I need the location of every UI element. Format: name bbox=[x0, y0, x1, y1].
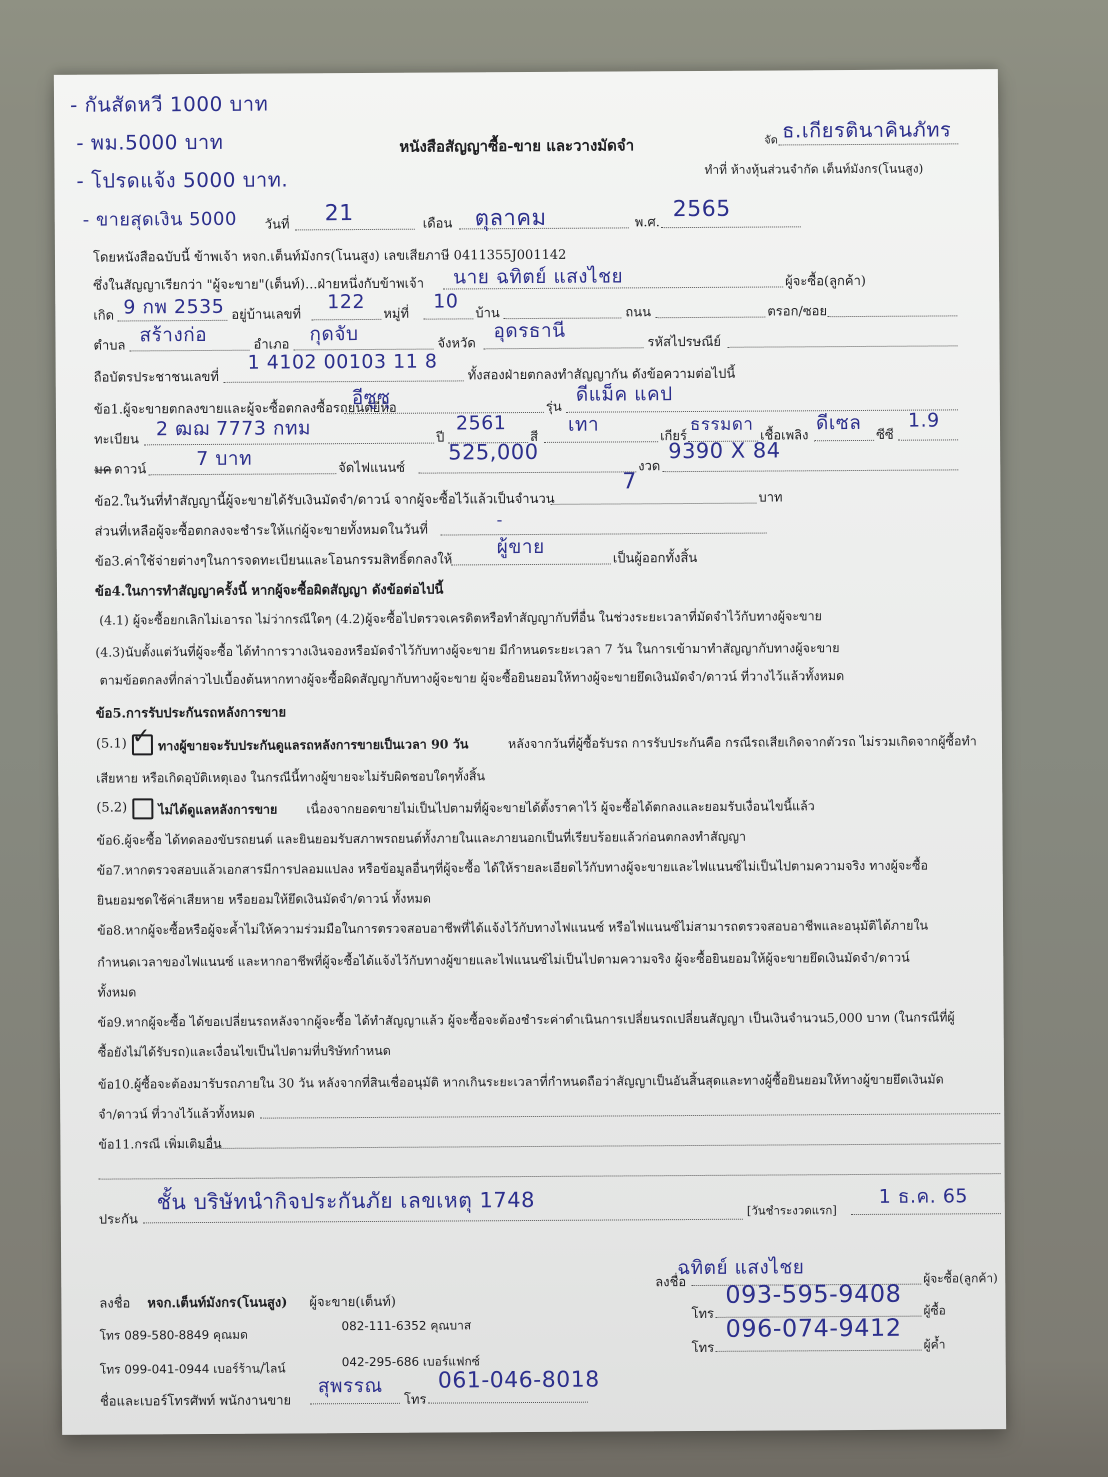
option-5-1-label: (5.1) bbox=[96, 736, 127, 751]
clause-3: ข้อ3.ค่าใช้จ่ายต่างๆในการจดทะเบียนและโอน… bbox=[95, 548, 453, 571]
buyer-signature: ฉทิตย์ แสงไชย bbox=[677, 1252, 804, 1283]
note-3: - โปรดแจ้ง 5000 บาท. bbox=[76, 163, 288, 196]
car-brand: อีซูซุ bbox=[352, 383, 391, 413]
clause-4-title: ข้อ4.ในการทำสัญญาครั้งนี้ หากผู้จะซื้อผิ… bbox=[95, 579, 443, 602]
clause-8b: กำหนดเวลาของไฟแนนซ์ และหากอาชีพที่ผู้จะซ… bbox=[97, 948, 910, 973]
clause-10: ข้อ10.ผู้ซื้อจะต้องมารับรถภายใน 30 วัน ห… bbox=[98, 1069, 944, 1094]
guarantor-tel-role: ผู้ค้ำ bbox=[924, 1335, 946, 1354]
option-5-1-bold: ทางผู้ขายจะรับประกันดูแลรถหลังการขายเป็น… bbox=[158, 734, 469, 756]
buyer-name: นาย ฉทิตย์ แสงไชย bbox=[453, 261, 623, 292]
contact-1-extra: 082-111-6352 คุณบาส bbox=[341, 1316, 471, 1336]
installment-label: งวด bbox=[638, 455, 660, 476]
option-5-2-text: เนื่องจากยอดขายไม่เป็นไปตามที่ผู้จะขายได… bbox=[306, 796, 815, 819]
born-label: เกิด bbox=[93, 305, 114, 326]
born-value: 9 กพ 2535 bbox=[123, 292, 224, 323]
contact-1: โทร 089-580-8849 คุณมด bbox=[100, 1326, 248, 1346]
issued-label: จัด bbox=[764, 130, 778, 148]
car-color: เทา bbox=[568, 410, 599, 440]
plate-label: ทะเบียน bbox=[94, 428, 139, 449]
cc-value: 1.9 bbox=[908, 409, 940, 431]
year-label: พ.ศ. bbox=[635, 211, 660, 232]
checkmark-icon: ✓ bbox=[132, 724, 151, 749]
clause-2: ข้อ2.ในวันที่ทำสัญญานี้ผู้จะขายได้รับเงิ… bbox=[94, 488, 554, 512]
clause-2b: ส่วนที่เหลือผู้จะซื้อตกลงจะชำระให้แก่ผู้… bbox=[95, 519, 428, 542]
month-label: เดือน bbox=[423, 212, 453, 233]
car-model: ดีแม็ค แคป bbox=[576, 379, 673, 410]
clause-7b: ยินยอมชดใช้ค่าเสียหาย หรือยอมให้ยึดเงินม… bbox=[97, 889, 431, 911]
guarantor-tel-label: โทร bbox=[692, 1337, 715, 1358]
finance-value: 525,000 bbox=[448, 440, 538, 465]
month-value: ตุลาคม bbox=[475, 200, 547, 235]
note-4: - ขายสุดเงิน 5000 bbox=[83, 204, 237, 234]
note-1: - กันสัดหวี 1000 บาท bbox=[70, 88, 268, 121]
model-label: รุ่น bbox=[546, 396, 562, 417]
gear-value: ธรรมดา bbox=[690, 411, 754, 438]
clause-4-3: (4.3)นับตั้งแต่วันที่ผู้จะซื้อ ได้ทำการว… bbox=[95, 638, 839, 663]
house-label: อยู่บ้านเลขที่ bbox=[231, 303, 301, 324]
place-text: ทำที่ ห้างหุ้นส่วนจำกัด เต็นท์มังกร(โนนส… bbox=[704, 160, 923, 180]
seller-role: ผู้จะขาย(เต็นท์) bbox=[309, 1291, 396, 1313]
first-payment-label: [วันชำระงวดแรก] bbox=[747, 1202, 837, 1221]
clause-7: ข้อ7.หากตรวจสอบแล้วเอกสารมีการปลอมแปลง ห… bbox=[97, 856, 928, 881]
transfer-payer: ผู้ขาย bbox=[497, 532, 545, 562]
clause-8c: ทั้งหมด bbox=[97, 982, 136, 1002]
buyer-tel-label: โทร bbox=[691, 1303, 714, 1324]
option-5-2-label: (5.2) bbox=[96, 800, 127, 815]
guarantor-tel: 096-074-9412 bbox=[725, 1314, 901, 1343]
car-plate: 2 ฒฌ 7773 กทม bbox=[156, 413, 311, 444]
moo-label: หมู่ที่ bbox=[383, 303, 409, 324]
first-payment-date: 1 ธ.ค. 65 bbox=[879, 1181, 968, 1212]
insurance-label: ประกัน bbox=[99, 1208, 138, 1229]
option-5-1-text: หลังจากวันที่ผู้ซื้อรับรถ การรับประกันคื… bbox=[508, 731, 977, 754]
soi-label: ตรอก/ซอย bbox=[767, 300, 827, 321]
clause-5-title: ข้อ5.การรับประกันรถหลังการขาย bbox=[96, 701, 286, 723]
option-5-2-bold: ไม่ได้ดูแลหลังการขาย bbox=[158, 800, 277, 821]
clause-4-1: (4.1) ผู้จะซื้อยกเลิกไม่เอารถ ไม่ว่ากรณี… bbox=[99, 606, 822, 630]
fuel-value: ดีเซล bbox=[816, 408, 862, 438]
contact-2: โทร 099-041-0944 เบอร์ร้าน/ไลน์ bbox=[100, 1360, 286, 1380]
buyer-suffix: ผู้จะซื้อ(ลูกค้า) bbox=[785, 270, 866, 291]
salesperson-label: ชื่อและเบอร์โทรศัพท์ พนักงานขาย bbox=[100, 1389, 291, 1411]
moo-value: 10 bbox=[433, 290, 458, 312]
installment-value: 9390 X 84 bbox=[668, 438, 781, 463]
car-year-label: ปี bbox=[436, 427, 444, 448]
no-warranty-checkbox[interactable] bbox=[132, 798, 153, 819]
id-value: 1 4102 00103 11 8 bbox=[248, 351, 438, 374]
buyer-sign-role: ผู้จะซื้อ(ลูกค้า) bbox=[923, 1269, 998, 1288]
contract-paper: - กันสัดหวี 1000 บาท - พม.5000 บาท - โปร… bbox=[54, 69, 1006, 1435]
subdistrict-label: ตำบล bbox=[93, 334, 125, 355]
deposit-value: 7 bbox=[622, 469, 637, 494]
subdistrict-value: สร้างก่อ bbox=[139, 320, 207, 350]
down-label: ดาวน์ bbox=[114, 458, 146, 479]
cc-label: ซีซี bbox=[876, 424, 894, 445]
seller-name: หจก.เต็นท์มังกร(โนนสูง) bbox=[147, 1291, 287, 1313]
note-2: - พม.5000 บาท bbox=[76, 126, 223, 159]
buyer-tel: 093-595-9408 bbox=[725, 1280, 901, 1309]
deposit-unit: บาท bbox=[758, 486, 782, 507]
salesperson-tel-label: โทร bbox=[404, 1389, 427, 1410]
date-value: 21 bbox=[325, 201, 354, 226]
balance-date-value: - bbox=[497, 510, 503, 529]
road-label: ถนน bbox=[625, 301, 651, 322]
finance-label: จัดไฟแนนซ์ bbox=[338, 457, 405, 478]
down-struck: มค bbox=[94, 459, 111, 480]
province-label: จังหวัด bbox=[437, 332, 475, 353]
clause-10b: จำ/ดาวน์ ที่วางไว้แล้วทั้งหมด bbox=[98, 1104, 255, 1125]
clause-8: ข้อ8.หากผู้จะซื้อหรือผู้จะค้ำไม่ให้ความร… bbox=[97, 916, 928, 941]
clause-4-3b: ตามข้อตกลงที่กล่าวไปเบื้องต้นหากทางผู้จะ… bbox=[99, 666, 844, 691]
district-value: กุดจับ bbox=[309, 319, 358, 349]
clause-9b: ซื้อยังไม่ได้รับรถ)และเงื่อนไขเป็นไปตามท… bbox=[98, 1041, 391, 1063]
postal-label: รหัสไปรษณีย์ bbox=[647, 331, 721, 352]
page-title: หนังสือสัญญาซื้อ-ขาย และวางมัดจำ bbox=[399, 133, 634, 158]
down-value: 7 บาท bbox=[196, 444, 252, 474]
seller-sign-label: ลงชื่อ bbox=[99, 1292, 130, 1313]
issued-bank: ธ.เกียรตินาคินภัทร bbox=[782, 113, 951, 146]
buyer-tel-role: ผู้ซื้อ bbox=[923, 1301, 946, 1320]
salesperson-name: สุพรรณ bbox=[318, 1371, 383, 1401]
clause-9: ข้อ9.หากผู้จะซื้อ ได้ขอเปลี่ยนรถหลังจากผ… bbox=[98, 1007, 955, 1032]
year-value: 2565 bbox=[673, 197, 731, 222]
option-5-1b-text: เสียหาย หรือเกิดอุบัติเหตุเอง ในกรณีนี้ท… bbox=[96, 766, 485, 788]
clause-6: ข้อ6.ผู้จะซื้อ ได้ทดลองขับรถยนต์ และยินย… bbox=[96, 827, 746, 851]
salesperson-tel: 061-046-8018 bbox=[438, 1368, 600, 1394]
date-label: วันที่ bbox=[265, 213, 290, 234]
clause-3-suffix: เป็นผู้ออกทั้งสิ้น bbox=[613, 547, 698, 569]
clause-11: ข้อ11.กรณี เพิ่มเติมอื่น bbox=[98, 1134, 221, 1155]
province-value: อุดรธานี bbox=[493, 316, 565, 346]
car-year: 2561 bbox=[456, 412, 506, 434]
id-label: ถือบัตรประชาชนเลขที่ bbox=[94, 366, 219, 388]
insurance-value: ชั้น บริษัทนำกิจประกันภัย เลขเหตุ 1748 bbox=[157, 1184, 535, 1219]
house-value: 122 bbox=[327, 291, 365, 313]
